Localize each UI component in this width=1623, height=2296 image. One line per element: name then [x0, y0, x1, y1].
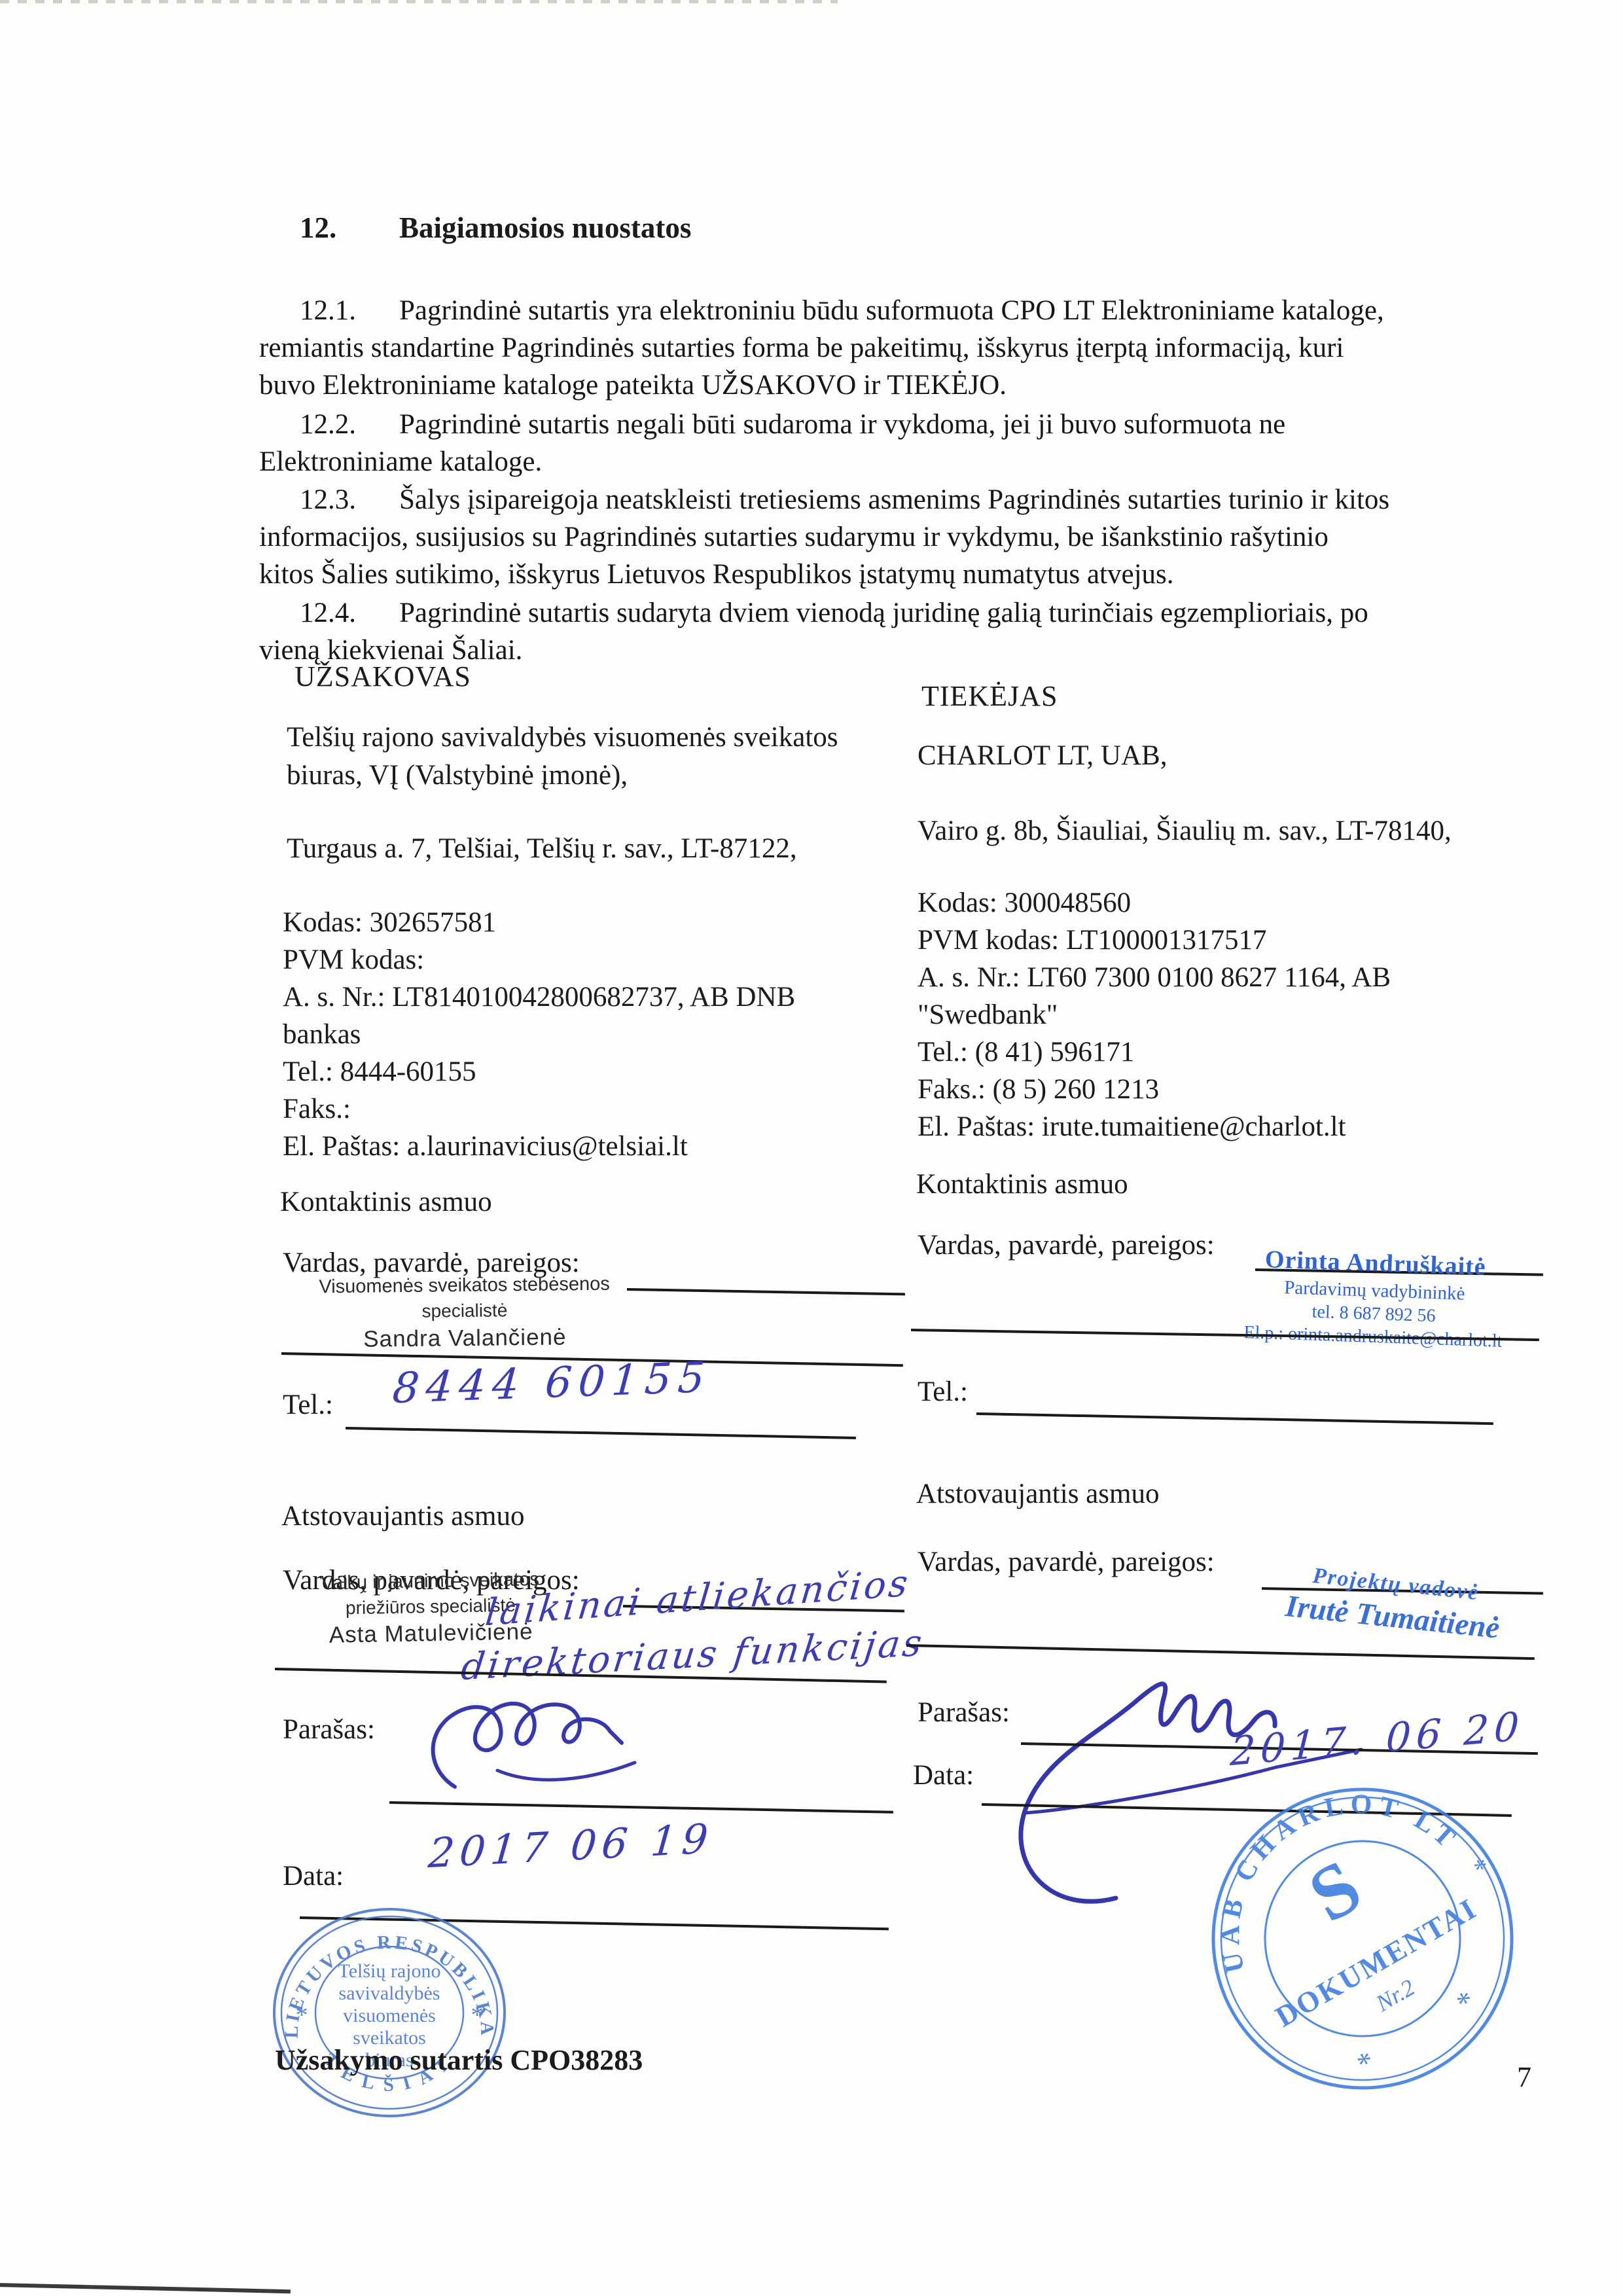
- supplier-contact-name-label: Vardas, pavardė, pareigos:: [918, 1229, 1215, 1261]
- buyer-round-stamp-left-asterisk-icon: *: [296, 2001, 308, 2029]
- supplier-rep-stamp: Projektų vadovė Irutė Tumaitienė: [1241, 1556, 1547, 1651]
- buyer-contact-stamp: Visuomenės sveikatos stebėsenos speciali…: [287, 1273, 641, 1354]
- clause-12-2-line-1: Pagrindinė sutartis negali būti sudaroma…: [399, 409, 1285, 440]
- supplier-date-label: Data:: [913, 1759, 974, 1791]
- clause-12-1: 12.1.Pagrindinė sutartis yra elektronini…: [300, 292, 1384, 404]
- supplier-round-stamp-word: DOKUMENTAI: [1270, 1892, 1482, 2034]
- signature-line: [389, 1801, 893, 1814]
- buyer-email: El. Paštas: a.laurinavicius@telsiai.lt: [283, 1130, 688, 1162]
- supplier-vat: PVM kodas: LT100001317517: [918, 924, 1267, 956]
- buyer-signature-icon: [419, 1666, 700, 1797]
- supplier-heading: TIEKĖJAS: [921, 679, 1058, 713]
- clause-12-3-line-2: informacijos, susijusios su Pagrindinės …: [259, 518, 1389, 556]
- buyer-tel: Tel.: 8444-60155: [283, 1056, 476, 1088]
- clause-12-1-line-3: buvo Elektroniniame kataloge pateikta UŽ…: [259, 367, 1384, 404]
- buyer-date-label: Data:: [283, 1860, 344, 1892]
- buyer-contact-heading: Kontaktinis asmuo: [280, 1186, 492, 1218]
- clause-12-2: 12.2.Pagrindinė sutartis negali būti sud…: [300, 406, 1285, 480]
- supplier-round-stamp: UAB CHARLOT LT S DOKUMENTAI Nr.2 * * *: [1199, 1775, 1526, 2102]
- signature-line: [627, 1288, 905, 1295]
- scanned-contract-page: 12.Baigiamosios nuostatos 12.1.Pagrindin…: [0, 0, 1623, 2296]
- supplier-tel: Tel.: (8 41) 596171: [918, 1036, 1134, 1068]
- clause-12-2-number: 12.2.: [300, 406, 399, 443]
- supplier-contact-heading: Kontaktinis asmuo: [916, 1168, 1128, 1200]
- buyer-address: Turgaus a. 7, Telšiai, Telšių r. sav., L…: [287, 833, 797, 865]
- buyer-round-stamp-right-asterisk-icon: *: [471, 2001, 484, 2029]
- supplier-tel-label: Tel.:: [918, 1376, 968, 1408]
- supplier-round-stamp-asterisk-bottom-left-icon: *: [1351, 2044, 1381, 2081]
- supplier-round-stamp-asterisk-right-icon: *: [1469, 1852, 1496, 1885]
- supplier-code: Kodas: 300048560: [918, 887, 1131, 919]
- section-heading: 12.Baigiamosios nuostatos: [300, 211, 691, 245]
- buyer-account: A. s. Nr.: LT814010042800682737, AB DNB: [283, 981, 795, 1013]
- supplier-rep-heading: Atstovaujantis asmuo: [916, 1478, 1159, 1510]
- clause-12-3-line-3: kitos Šalies sutikimo, išskyrus Lietuvos…: [259, 556, 1389, 593]
- buyer-round-stamp-center-line-3: visuomenės: [343, 2005, 436, 2026]
- clause-12-3-line-1: Šalys įsipareigoja neatskleisti tretiesi…: [399, 484, 1389, 515]
- supplier-rep-name-label: Vardas, pavardė, pareigos:: [918, 1546, 1215, 1578]
- scan-edge-bottom-left: [0, 2283, 291, 2293]
- buyer-tel-handwritten: 8444 60155: [391, 1354, 713, 1413]
- buyer-fax: Faks.:: [283, 1093, 351, 1125]
- buyer-round-stamp: LIETUVOS RESPUBLIKA TELŠIAI Telšių rajon…: [265, 1895, 514, 2130]
- signature-line: [976, 1412, 1493, 1425]
- buyer-date-handwritten: 2017 06 19: [427, 1814, 715, 1877]
- buyer-contact-stamp-line-2: specialistė: [288, 1299, 641, 1323]
- clause-12-4-number: 12.4.: [300, 594, 399, 632]
- buyer-contact-stamp-line-3: Sandra Valančienė: [288, 1323, 641, 1354]
- buyer-signature-label: Parašas:: [283, 1713, 375, 1746]
- scan-edge-top: [0, 0, 838, 3]
- buyer-round-stamp-center-line-2: savivaldybės: [339, 1982, 440, 2004]
- clause-12-1-line-2: remiantis standartine Pagrindinės sutart…: [259, 329, 1384, 367]
- buyer-vat: PVM kodas:: [283, 944, 424, 976]
- buyer-heading: UŽSAKOVAS: [294, 660, 471, 693]
- supplier-round-stamp-asterisk-bottom-right-icon: *: [1451, 1984, 1480, 2020]
- charlot-logo-icon: S: [1295, 1843, 1375, 1939]
- clause-12-3-number: 12.3.: [300, 481, 399, 518]
- supplier-address: Vairo g. 8b, Šiauliai, Šiaulių m. sav., …: [918, 815, 1452, 847]
- supplier-round-stamp-number: Nr.2: [1371, 1974, 1419, 2017]
- supplier-bank: "Swedbank": [918, 999, 1058, 1031]
- buyer-name-line-2: biuras, VĮ (Valstybinė įmonė),: [287, 759, 628, 791]
- buyer-name-line-1: Telšių rajono savivaldybės visuomenės sv…: [287, 721, 838, 753]
- clause-12-1-number: 12.1.: [300, 292, 399, 329]
- clause-12-2-line-2: Elektroniniame kataloge.: [259, 443, 1285, 480]
- clause-12-4-line-1: Pagrindinė sutartis sudaryta dviem vieno…: [399, 598, 1368, 628]
- buyer-code: Kodas: 302657581: [283, 906, 496, 939]
- supplier-account: A. s. Nr.: LT60 7300 0100 8627 1164, AB: [918, 961, 1391, 994]
- page-number: 7: [1517, 2060, 1531, 2094]
- supplier-email: El. Paštas: irute.tumaitiene@charlot.lt: [918, 1111, 1346, 1143]
- supplier-fax: Faks.: (8 5) 260 1213: [918, 1073, 1159, 1105]
- section-title: Baigiamosios nuostatos: [399, 211, 691, 244]
- section-number: 12.: [300, 211, 399, 245]
- supplier-name: CHARLOT LT, UAB,: [918, 740, 1167, 772]
- clause-12-4: 12.4.Pagrindinė sutartis sudaryta dviem …: [300, 594, 1368, 669]
- footer-contract-ref: Užsakymo sutartis CPO38283: [275, 2043, 643, 2077]
- clause-12-1-line-1: Pagrindinė sutartis yra elektroniniu būd…: [399, 295, 1384, 326]
- buyer-rep-heading: Atstovaujantis asmuo: [281, 1500, 524, 1532]
- signature-line: [346, 1427, 856, 1439]
- buyer-contact-stamp-line-1: Visuomenės sveikatos stebėsenos: [287, 1273, 641, 1299]
- buyer-round-stamp-center-line-1: Telšių rajono: [338, 1960, 440, 1982]
- buyer-bank: bankas: [283, 1018, 361, 1050]
- clause-12-3: 12.3.Šalys įsipareigoja neatskleisti tre…: [300, 481, 1389, 593]
- buyer-tel-label: Tel.:: [283, 1389, 333, 1421]
